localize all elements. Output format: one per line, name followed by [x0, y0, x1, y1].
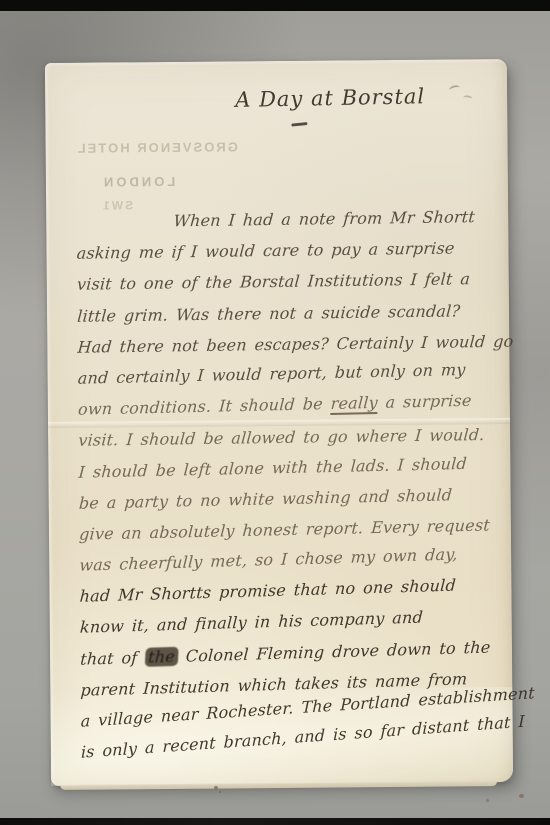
ink-speck	[214, 786, 218, 789]
handwritten-text: and certainly I would report, but only o…	[77, 360, 466, 388]
ink-speck	[219, 791, 221, 793]
handwritten-text: Colonel Fleming drove down to the	[178, 637, 491, 665]
photo-top-border	[0, 0, 550, 11]
photo-bottom-border	[0, 818, 550, 825]
underlined-word: really	[330, 393, 378, 415]
letterhead-showthrough-hotel: GROSVENOR HOTEL	[76, 139, 238, 155]
ink-speck	[519, 794, 524, 798]
handwritten-text: be a party to no white washing and shoul…	[78, 485, 453, 513]
handwritten-text: When I had a note from Mr Shortt	[173, 207, 476, 230]
handwritten-text: own conditions. It should be	[77, 394, 331, 419]
handwritten-text: I should be left alone with the lads. I …	[78, 453, 468, 481]
handwritten-text: Had there not been escapes? Certainly I …	[77, 331, 514, 356]
title-underline	[291, 122, 307, 127]
handwritten-text: visit. I should be allowed to go where I…	[78, 425, 486, 450]
scribbled-out-word: the	[145, 646, 179, 666]
letterhead-showthrough-city: LONDON	[101, 174, 175, 190]
ink-speck	[486, 799, 489, 802]
photo-background: GROSVENOR HOTEL LONDON SW1 A Day at Bors…	[0, 0, 550, 825]
handwritten-text: visit to one of the Borstal Institutions…	[76, 270, 471, 295]
handwritten-text: a surprise	[377, 391, 472, 412]
manuscript-body: When I had a note from Mr Shortt asking …	[76, 203, 505, 768]
handwritten-text: asking me if I would care to pay a surpr…	[76, 239, 455, 263]
page-title: A Day at Borstal	[75, 83, 497, 115]
manuscript-page: GROSVENOR HOTEL LONDON SW1 A Day at Bors…	[45, 59, 513, 786]
handwritten-text: know it, and finally in his company and	[79, 608, 423, 637]
handwritten-text: that of	[80, 647, 146, 668]
handwritten-text: little grim. Was there not a suicide sca…	[77, 301, 461, 325]
